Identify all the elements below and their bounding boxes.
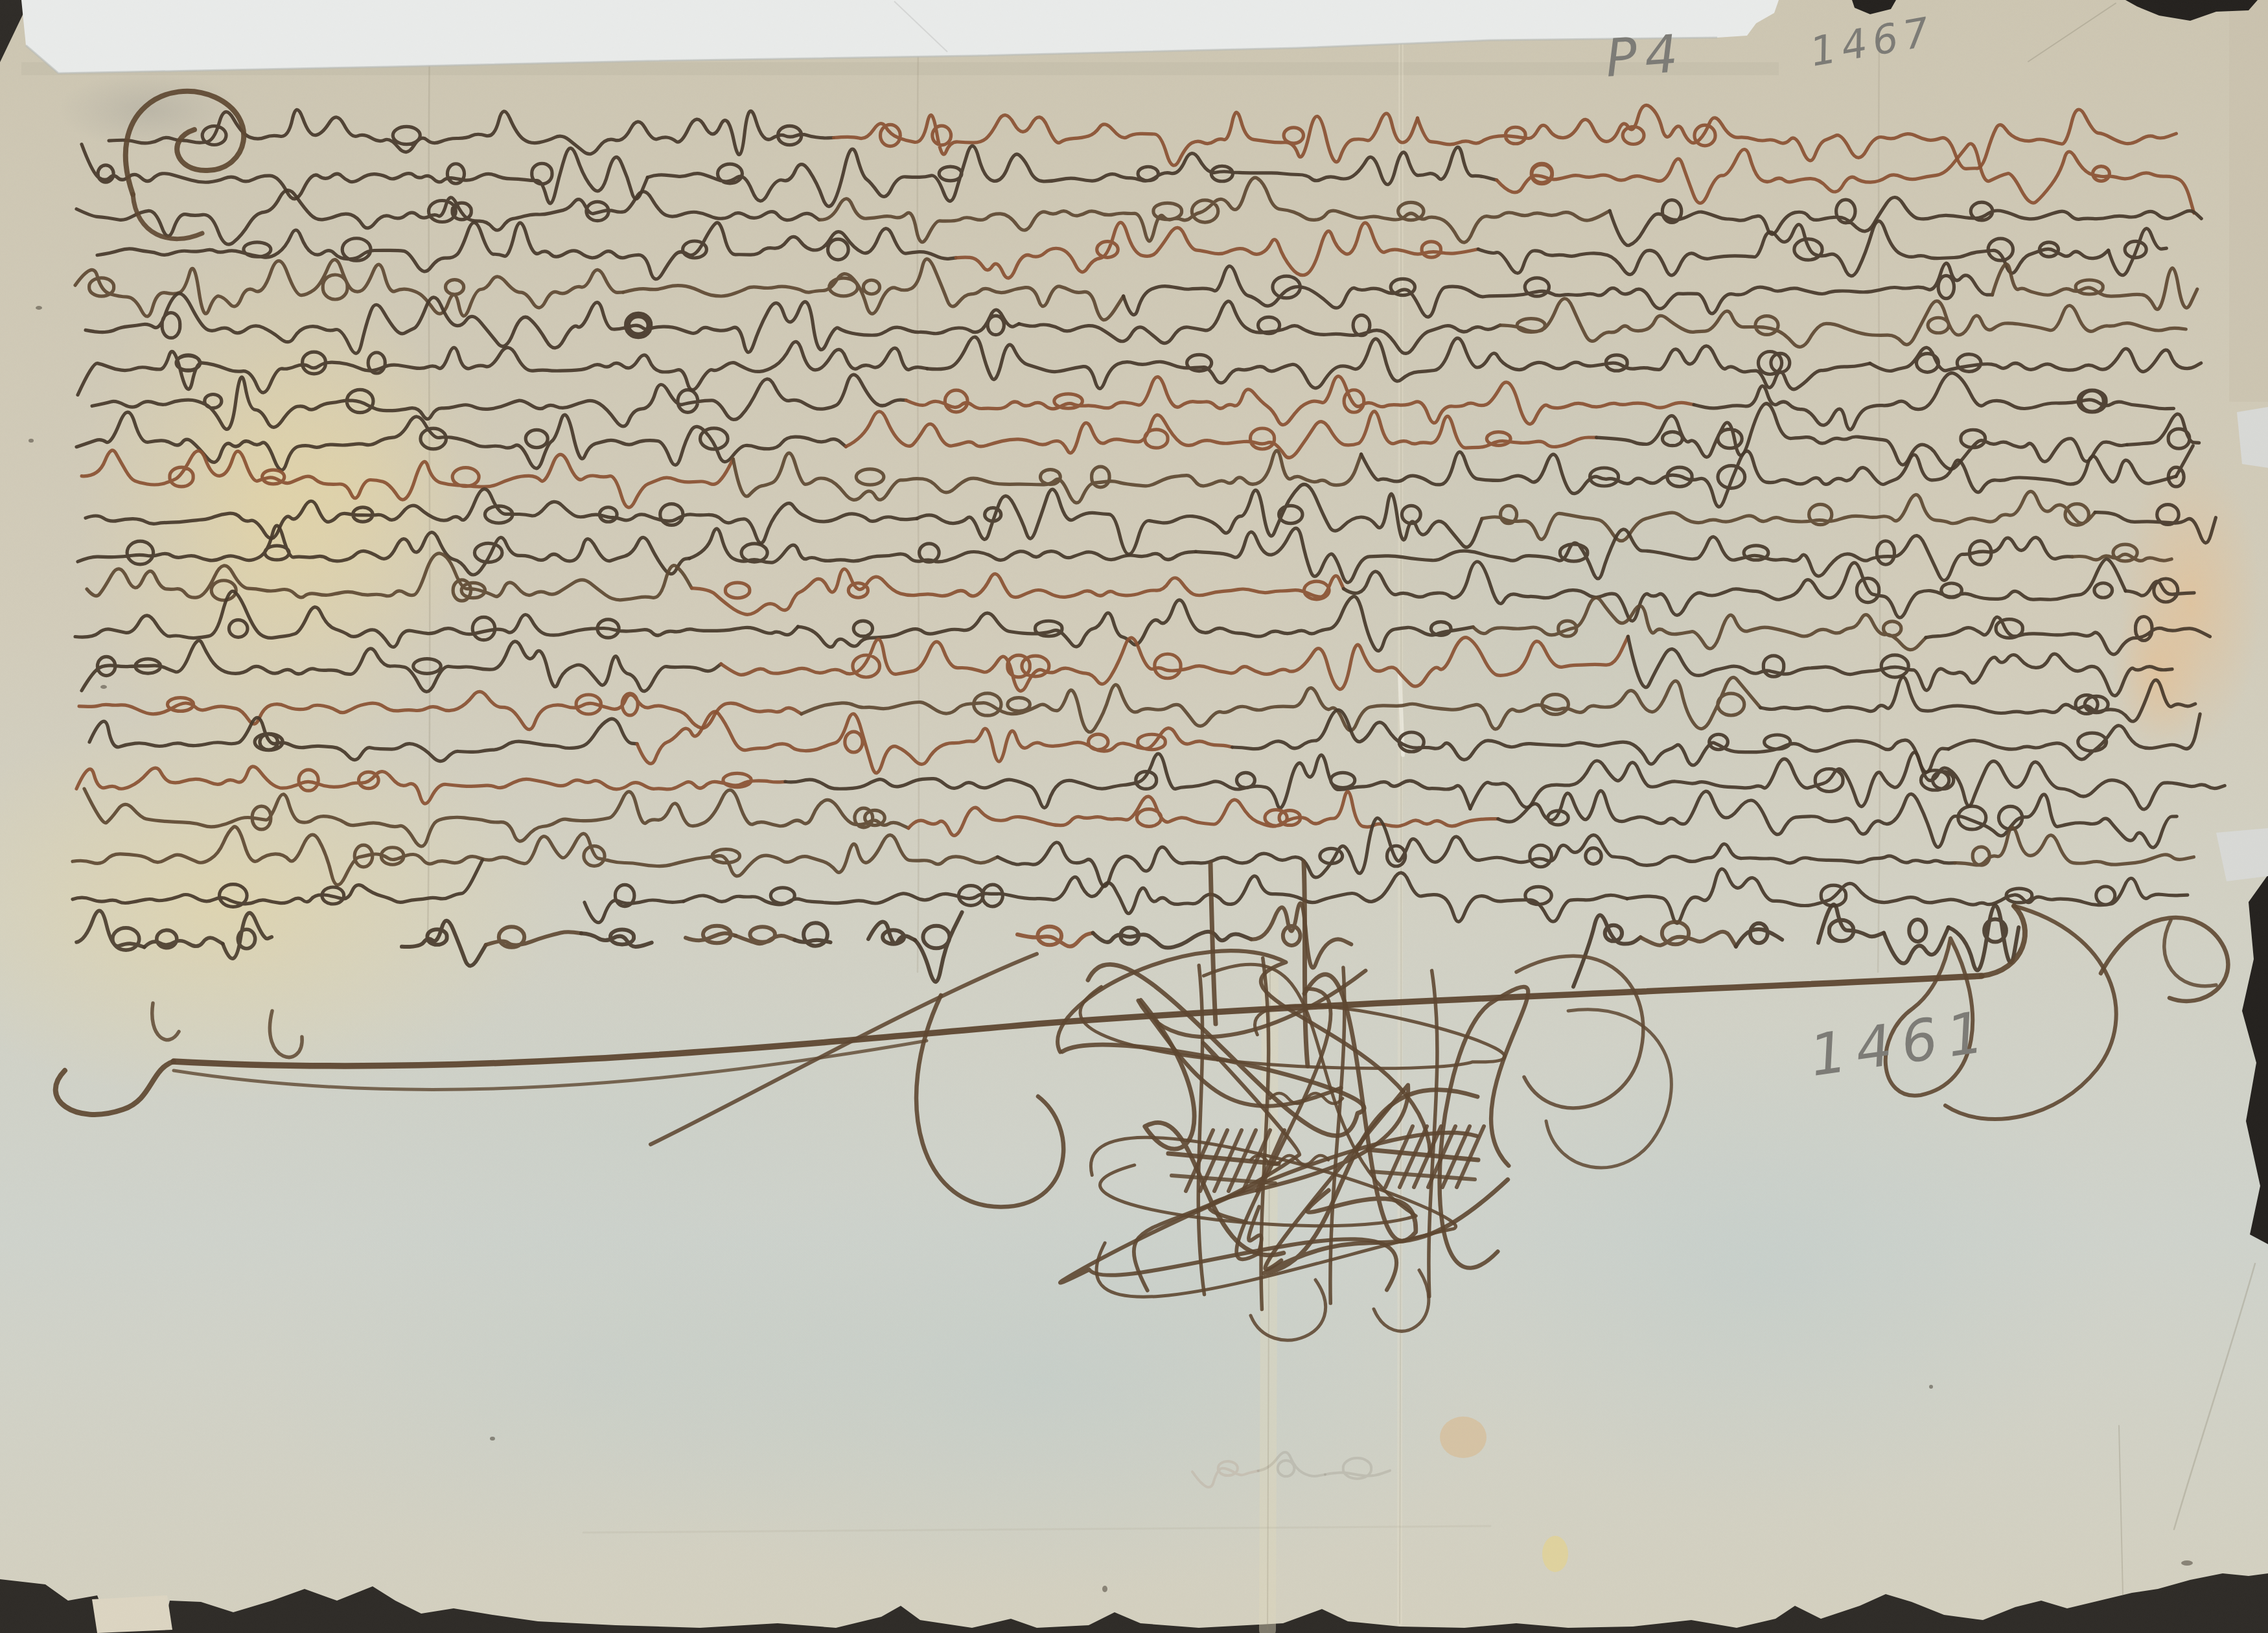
- document-photo: P4 1467 1461: [0, 0, 2268, 1633]
- archival-photo-page: { "description": "Photograph of a 15th-c…: [0, 0, 2268, 1633]
- paper-grain-texture: [0, 0, 2268, 1633]
